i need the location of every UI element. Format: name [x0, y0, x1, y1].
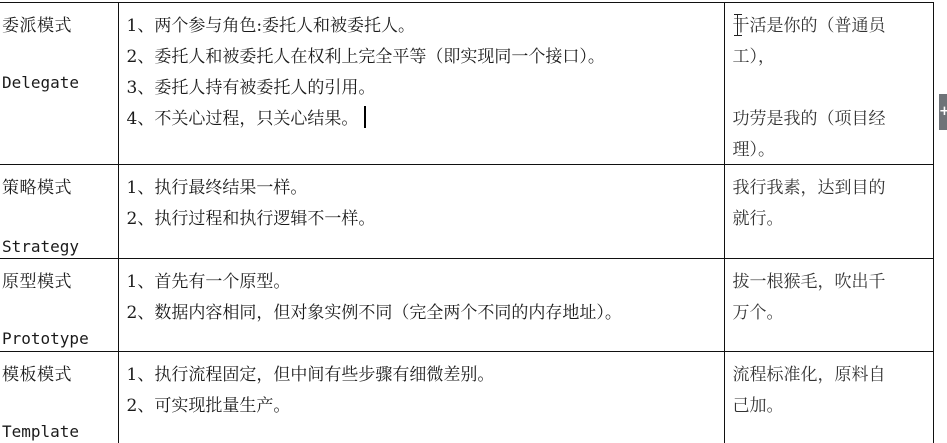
analogy-line: 功劳是我的（项目经	[733, 104, 927, 135]
text-cursor	[364, 106, 366, 128]
pattern-name-cn: 策略模式	[2, 173, 72, 198]
pattern-description-cell[interactable]: 1、两个参与角色:委托人和被委托人。 2、委托人和被委托人在权利上完全平等（即实…	[118, 3, 724, 165]
pattern-description-cell[interactable]: 1、执行最终结果一样。 2、执行过程和执行逻辑不一样。	[118, 165, 724, 259]
description-line: 2、委托人和被委托人在权利上完全平等（即实现同一个接口）。	[127, 42, 724, 73]
pattern-analogy-cell[interactable]: 我行我素，达到目的 就行。	[724, 165, 933, 259]
description-line: 2、数据内容相同，但对象实例不同（完全两个不同的内存地址）。	[127, 298, 724, 329]
ibeam-cursor-icon	[734, 14, 742, 36]
pattern-name-en: Strategy	[2, 237, 79, 256]
description-line: 2、执行过程和执行逻辑不一样。	[127, 204, 724, 235]
pattern-name-cell[interactable]: 策略模式 Strategy	[0, 165, 118, 259]
pattern-analogy-cell[interactable]: 流程标准化，原料自 己加。	[724, 352, 933, 443]
analogy-line: 拔一根猴毛，吹出千	[733, 267, 927, 298]
pattern-name-cn: 原型模式	[2, 267, 72, 292]
pattern-analogy-cell[interactable]: 干活是你的（普通员 工）， 功劳是我的（项目经 理）。	[724, 3, 933, 165]
description-line: 4、不关心过程，只关心结果。	[127, 109, 359, 129]
description-line: 2、可实现批量生产。	[127, 391, 724, 422]
table-row: 策略模式 Strategy 1、执行最终结果一样。 2、执行过程和执行逻辑不一样…	[0, 165, 933, 259]
add-column-button[interactable]: +	[939, 94, 947, 130]
table-row: 原型模式 Prototype 1、首先有一个原型。 2、数据内容相同，但对象实例…	[0, 259, 933, 352]
pattern-analogy-cell[interactable]: 拔一根猴毛，吹出千 万个。	[724, 259, 933, 352]
description-line: 1、执行流程固定，但中间有些步骤有细微差别。	[127, 360, 724, 391]
pattern-name-en: Prototype	[2, 329, 89, 348]
pattern-name-cn: 委派模式	[2, 11, 72, 36]
analogy-line: 己加。	[733, 391, 927, 422]
pattern-name-cn: 模板模式	[2, 360, 72, 385]
analogy-line: 万个。	[733, 298, 927, 329]
analogy-line: 就行。	[733, 204, 927, 235]
analogy-line: 干活是你的（普通员	[733, 11, 927, 42]
pattern-description-cell[interactable]: 1、首先有一个原型。 2、数据内容相同，但对象实例不同（完全两个不同的内存地址）…	[118, 259, 724, 352]
analogy-line	[733, 73, 927, 104]
pattern-name-en: Delegate	[2, 73, 79, 92]
pattern-name-cell[interactable]: 模板模式 Template	[0, 352, 118, 443]
description-line: 1、首先有一个原型。	[127, 267, 724, 298]
analogy-line: 流程标准化，原料自	[733, 360, 927, 391]
plus-icon: +	[939, 104, 947, 119]
description-line: 1、执行最终结果一样。	[127, 173, 724, 204]
analogy-line: 理）。	[733, 135, 927, 166]
pattern-description-cell[interactable]: 1、执行流程固定，但中间有些步骤有细微差别。 2、可实现批量生产。	[118, 352, 724, 443]
design-patterns-table: 委派模式 Delegate 1、两个参与角色:委托人和被委托人。 2、委托人和被…	[0, 2, 934, 443]
document-page[interactable]: 委派模式 Delegate 1、两个参与角色:委托人和被委托人。 2、委托人和被…	[0, 0, 947, 443]
table-row: 委派模式 Delegate 1、两个参与角色:委托人和被委托人。 2、委托人和被…	[0, 3, 933, 165]
pattern-name-en: Template	[2, 422, 79, 441]
description-line: 1、两个参与角色:委托人和被委托人。	[127, 11, 724, 42]
analogy-line: 我行我素，达到目的	[733, 173, 927, 204]
pattern-name-cell[interactable]: 原型模式 Prototype	[0, 259, 118, 352]
description-line: 3、委托人持有被委托人的引用。	[127, 73, 724, 104]
analogy-line: 工），	[733, 42, 927, 73]
pattern-name-cell[interactable]: 委派模式 Delegate	[0, 3, 118, 165]
table-row: 模板模式 Template 1、执行流程固定，但中间有些步骤有细微差别。 2、可…	[0, 352, 933, 443]
